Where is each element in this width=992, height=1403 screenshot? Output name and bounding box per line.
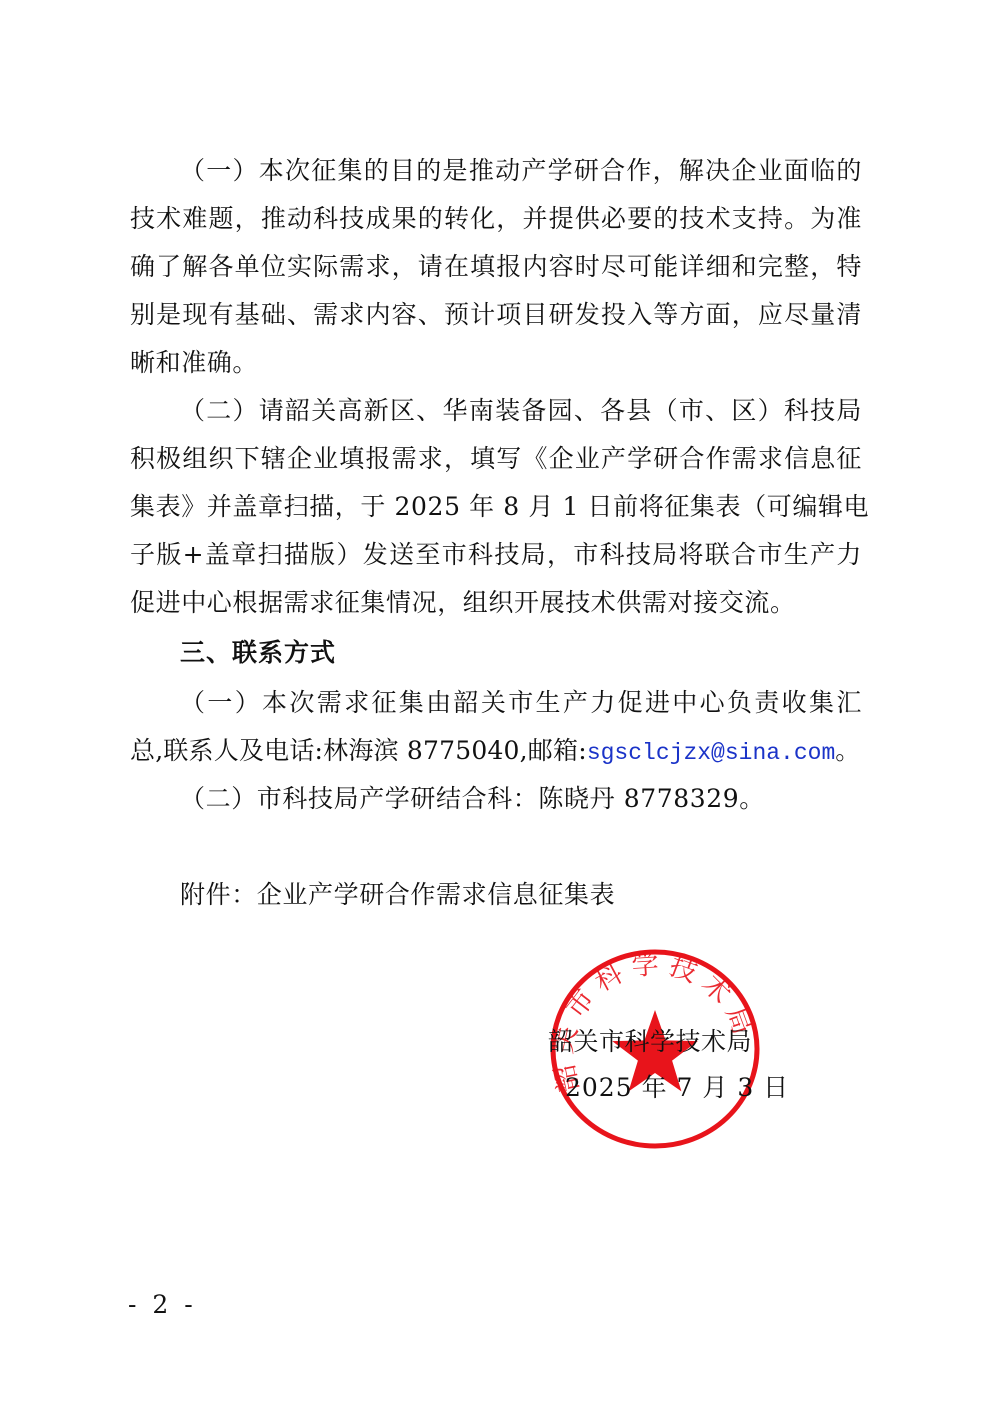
paragraph-line: 集表》并盖章扫描，于 2025 年 8 月 1 日前将征集表（可编辑电	[130, 492, 862, 522]
page-number: - 2 -	[128, 1290, 197, 1320]
contact-text: 总,联系人及电话:林海滨 8775040,邮箱:	[130, 736, 587, 765]
signing-organization: 韶关市科学技术局	[548, 1027, 752, 1057]
email-link[interactable]: sgsclcjzx@sina.com	[587, 740, 835, 766]
signing-date: 2025 年 7 月 3 日	[565, 1073, 789, 1103]
paragraph-line: 晰和准确。	[130, 348, 862, 378]
paragraph-line: （一）本次征集的目的是推动产学研合作，解决企业面临的	[180, 156, 862, 186]
paragraph-line: 积极组织下辖企业填报需求，填写《企业产学研合作需求信息征	[130, 444, 862, 474]
document-page: （一）本次征集的目的是推动产学研合作，解决企业面临的 技术难题，推动科技成果的转…	[0, 0, 992, 1403]
section-heading: 三、联系方式	[180, 638, 336, 668]
paragraph-line: （二）请韶关高新区、华南装备园、各县（市、区）科技局	[180, 396, 862, 426]
paragraph-line: 技术难题，推动科技成果的转化，并提供必要的技术支持。为准	[130, 204, 862, 234]
paragraph-line: （二）市科技局产学研结合科：陈晓丹 8778329。	[180, 784, 862, 814]
paragraph-line: 别是现有基础、需求内容、预计项目研发投入等方面，应尽量清	[130, 300, 862, 330]
attachment-note: 附件：企业产学研合作需求信息征集表	[180, 880, 615, 910]
contact-line: 总,联系人及电话:林海滨 8775040,邮箱:sgsclcjzx@sina.c…	[130, 736, 862, 768]
paragraph-line: （一）本次需求征集由韶关市生产力促进中心负责收集汇	[180, 688, 862, 718]
period: 。	[835, 736, 860, 765]
paragraph-line: 子版+盖章扫描版）发送至市科技局，市科技局将联合市生产力	[130, 540, 862, 570]
paragraph-line: 促进中心根据需求征集情况，组织开展技术供需对接交流。	[130, 588, 862, 618]
paragraph-line: 确了解各单位实际需求，请在填报内容时尽可能详细和完整，特	[130, 252, 862, 282]
